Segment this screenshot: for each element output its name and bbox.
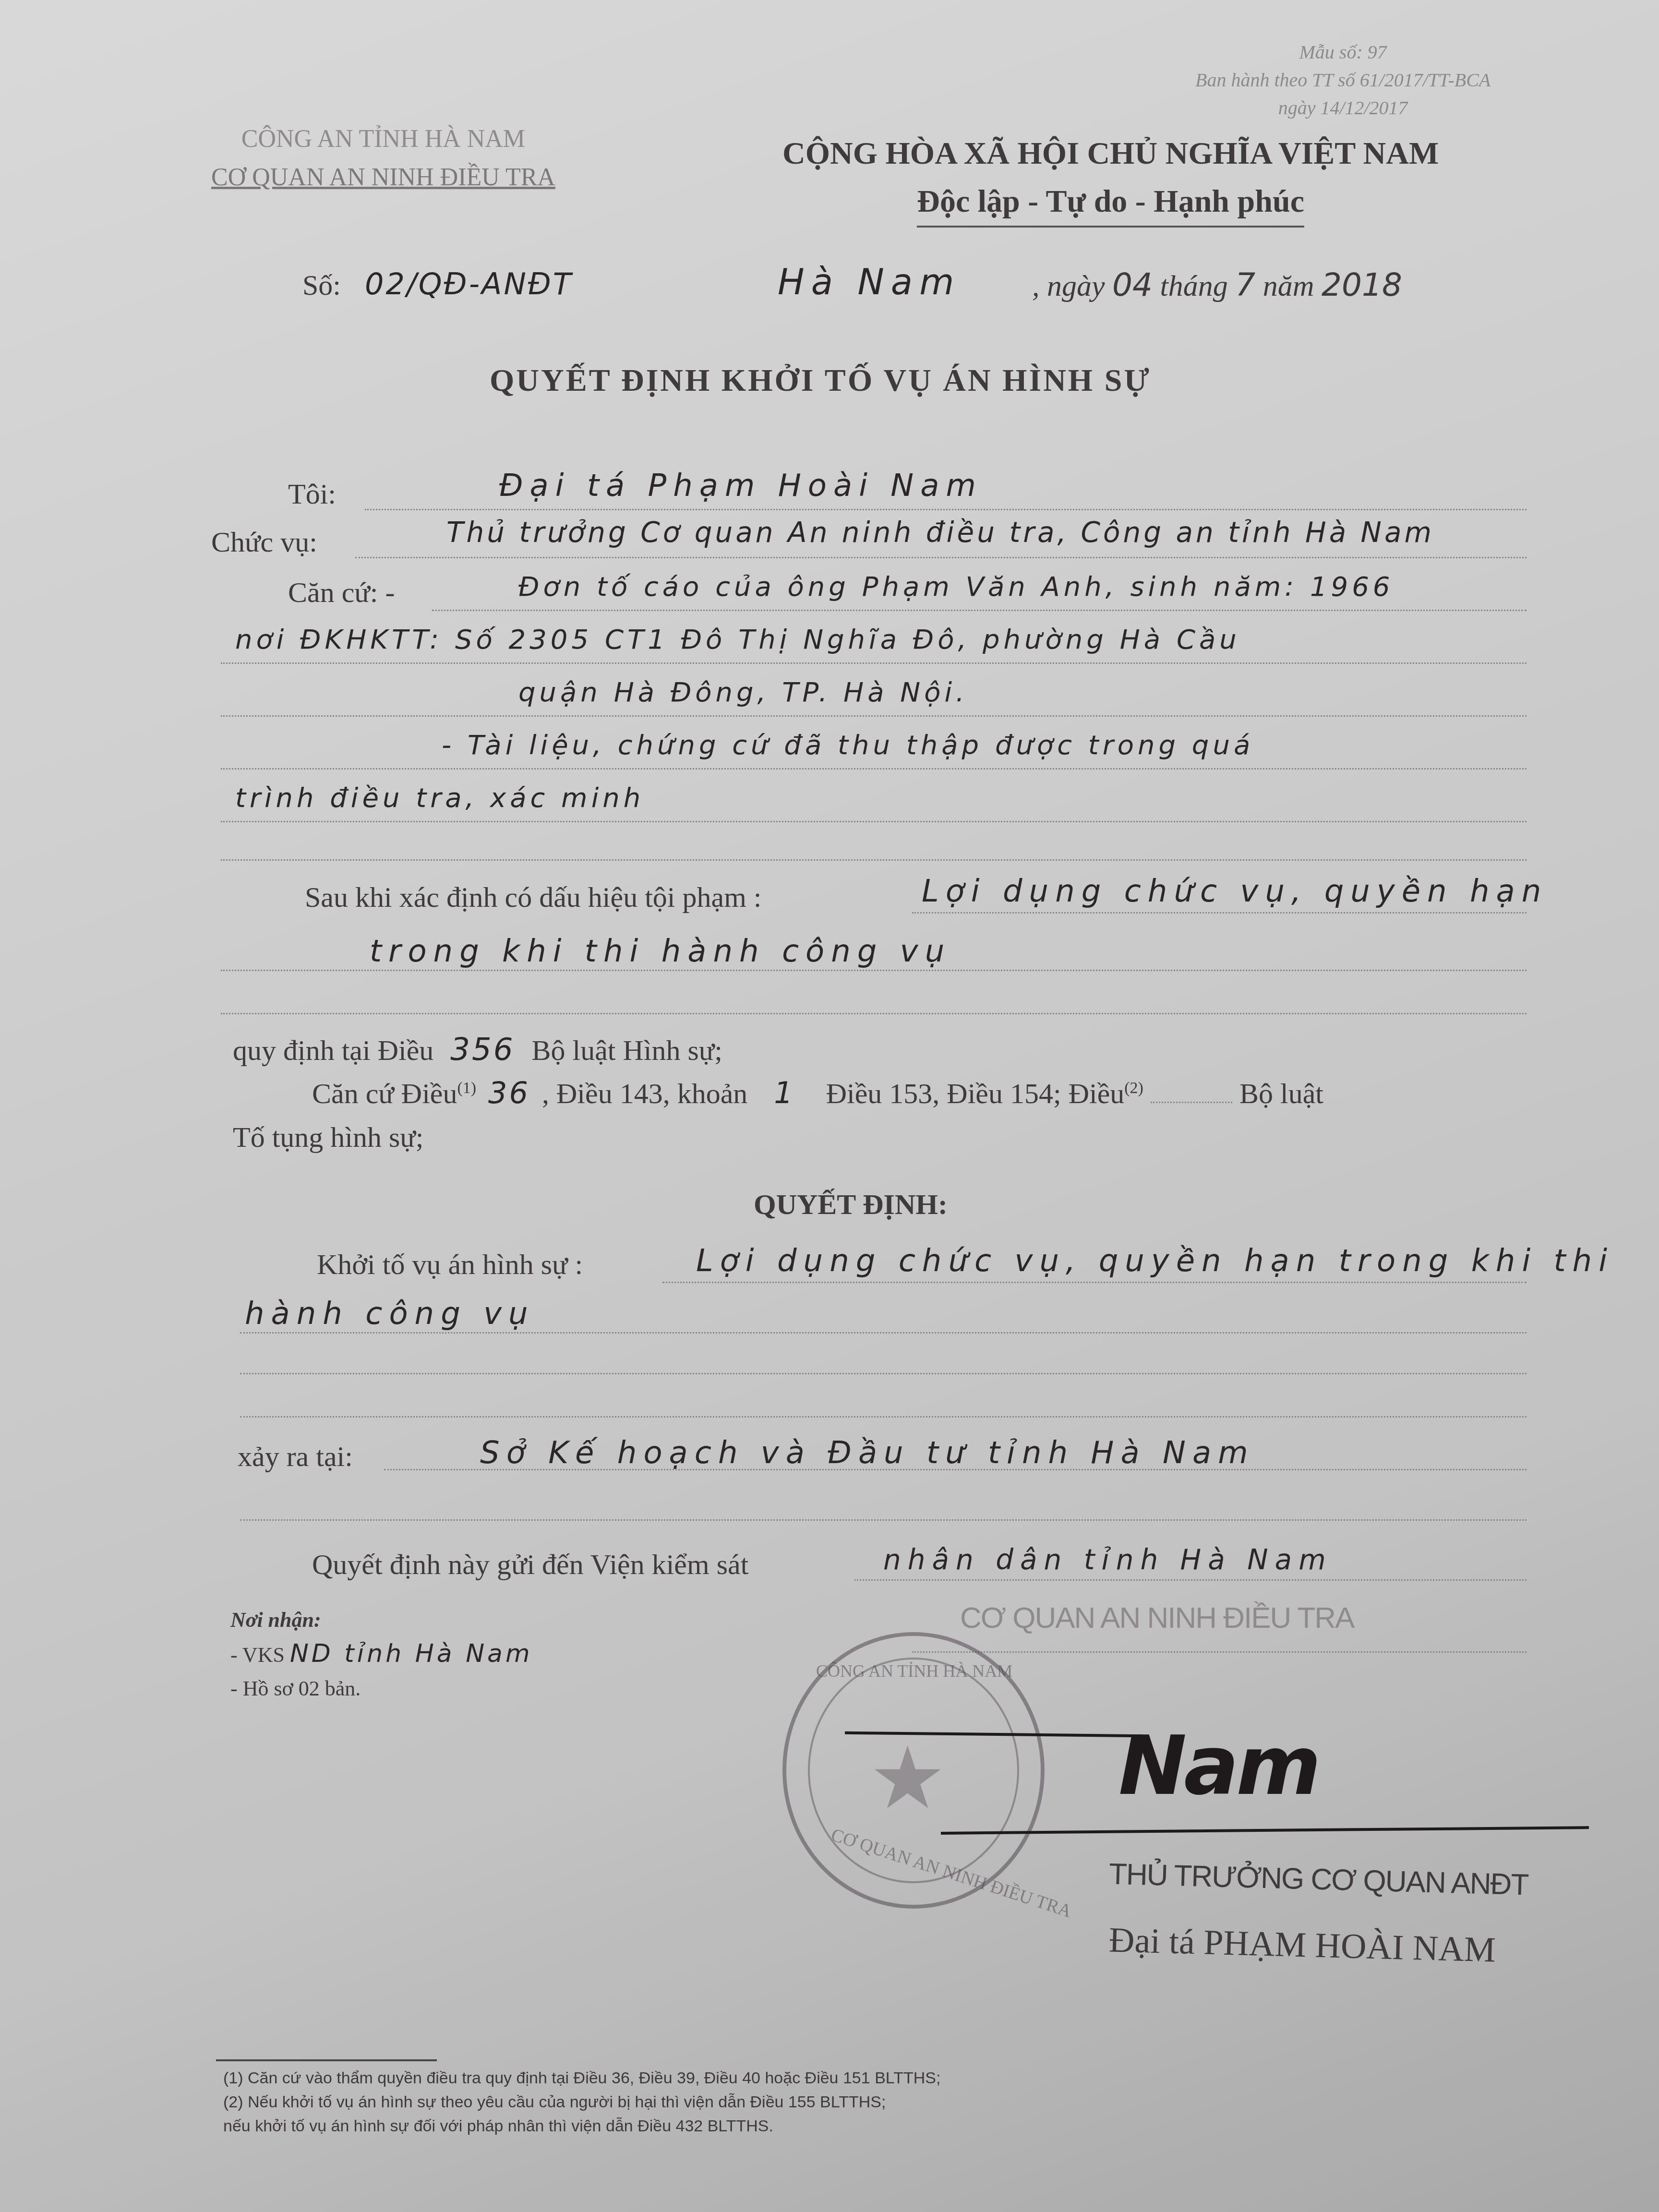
cancu-label: Căn cứ: - [288,576,395,609]
cancu2-prefix: Căn cứ Điều [312,1078,457,1109]
recipient-item: - Hồ sơ 02 bản. [230,1672,533,1706]
form-number-line: Mẫu số: 97 [1195,38,1491,66]
recipients: Nơi nhận: - VKS ND tỉnh Hà Nam - Hồ sơ 0… [230,1603,533,1706]
dauhieu-value: trong khi thi hành công vụ [370,934,951,969]
quydinh-prefix: quy định tại Điều [233,1034,433,1066]
date-month: 7 [1235,266,1255,303]
number-label: Số: [302,269,341,302]
dauhieu-value: Lợi dụng chức vụ, quyền hạn [922,874,1548,909]
cancu-line: - Tài liệu, chứng cứ đã thu thập được tr… [442,730,1254,761]
handwritten-signature: Nam [1118,1719,1318,1814]
agency-name: CƠ QUAN AN NINH ĐIỀU TRA [211,158,555,197]
recipients-label: Nơi nhận: [230,1603,533,1637]
footnote-ref: (2) [1124,1079,1143,1097]
cancu2-line2: Tố tụng hình sự; [233,1121,424,1154]
xayra-label: xảy ra tại: [238,1440,353,1473]
decision-heading: QUYẾT ĐỊNH: [754,1188,948,1221]
cancu-line: quận Hà Đông, TP. Hà Nội. [518,677,968,708]
recipient-prefix: - Hồ sơ 02 bản. [230,1677,361,1700]
agency-parent: CÔNG AN TỈNH HÀ NAM [211,120,555,158]
cancu2-end: Bộ luật [1239,1078,1323,1109]
cancu-line: nơi ĐKHKTT: Số 2305 CT1 Đô Thị Nghĩa Đô,… [235,624,1240,655]
date-year: 2018 [1322,266,1402,303]
footnote-1: (1) Căn cứ vào thẩm quyền điều tra quy đ… [223,2069,940,2088]
footnote-2: (2) Nếu khởi tố vụ án hình sự theo yêu c… [223,2093,886,2112]
khoito-label: Khởi tố vụ án hình sự : [317,1248,583,1281]
clause-number: 1 [774,1075,799,1110]
recipient-prefix: - VKS [230,1643,285,1667]
chucvu-value: Thủ trưởng Cơ quan An ninh điều tra, Côn… [446,516,1434,549]
recipient-handwritten: ND tỉnh Hà Nam [290,1639,533,1668]
procuracy-name: nhân dân tỉnh Hà Nam [883,1543,1333,1576]
seal-text-top: CÔNG AN TỈNH HÀ NAM [816,1661,1012,1681]
document-page: Mẫu số: 97 Ban hành theo TT số 61/2017/T… [0,0,1659,2212]
nation-motto: Độc lập - Tự do - Hạnh phúc [917,178,1304,228]
criminal-article: 356 [450,1032,515,1068]
national-header: CỘNG HÒA XÃ HỘI CHỦ NGHĨA VIỆT NAM Độc l… [782,130,1439,228]
footnote-ref: (1) [457,1079,476,1097]
form-number-line: ngày 14/12/2017 [1195,94,1491,122]
quydinh-suffix: Bộ luật Hình sự; [531,1034,722,1066]
chucvu-label: Chức vụ: [211,526,317,559]
cancu-line: Đơn tố cáo của ông Phạm Văn Anh, sinh nă… [518,571,1394,602]
date-month-label: tháng [1160,270,1228,302]
crime-location: Sở Kế hoạch và Đầu tư tỉnh Hà Nam [480,1435,1254,1471]
khoito-value: hành công vụ [245,1296,535,1332]
guiden-label: Quyết định này gửi đến Viện kiểm sát [312,1548,748,1581]
recipient-item: - VKS ND tỉnh Hà Nam [230,1637,533,1672]
khoito-value: Lợi dụng chức vụ, quyền hạn trong khi th… [696,1243,1614,1279]
date-year-label: năm [1263,270,1314,302]
issue-place: Hà Nam [778,262,961,303]
issuing-agency: CÔNG AN TỈNH HÀ NAM CƠ QUAN AN NINH ĐIỀU… [211,120,555,197]
dauhieu-label: Sau khi xác định có dấu hiệu tội phạm : [305,881,761,914]
signer-position: THỦ TRƯỞNG CƠ QUAN ANĐT [1108,1857,1528,1902]
procedural-article: 36 [488,1075,530,1110]
cancu2-rest: Điều 153, Điều 154; Điều [826,1078,1125,1109]
cancu2-mid: , Điều 143, khoản [542,1078,747,1109]
document-title: QUYẾT ĐỊNH KHỞI TỐ VỤ ÁN HÌNH SỰ [490,362,1151,399]
footnote-divider [216,2059,437,2061]
nation-name: CỘNG HÒA XÃ HỘI CHỦ NGHĨA VIỆT NAM [782,130,1439,178]
procedural-basis-line: Căn cứ Điều(1) 36 , Điều 143, khoản 1 Đi… [312,1075,1323,1110]
date-day-label: , ngày [1032,270,1105,302]
legal-basis-line: quy định tại Điều 356 Bộ luật Hình sự; [233,1032,722,1068]
issue-date: , ngày 04 tháng 7 năm 2018 [1032,266,1402,303]
footnote-3: nếu khởi tố vụ án hình sự đối với pháp n… [223,2117,773,2136]
signer-name: Đại tá PHẠM HOÀI NAM [1108,1920,1496,1971]
toi-value: Đại tá Phạm Hoài Nam [499,468,983,504]
cancu-line: trình điều tra, xác minh [235,782,644,814]
signing-agency: CƠ QUAN AN NINH ĐIỀU TRA [960,1601,1354,1635]
seal-star-icon: ★ [869,1728,946,1828]
form-number: Mẫu số: 97 Ban hành theo TT số 61/2017/T… [1195,38,1491,122]
toi-label: Tôi: [288,478,336,511]
date-day: 04 [1112,266,1153,303]
document-number: 02/QĐ-ANĐT [365,266,573,301]
form-number-line: Ban hành theo TT số 61/2017/TT-BCA [1195,66,1491,94]
